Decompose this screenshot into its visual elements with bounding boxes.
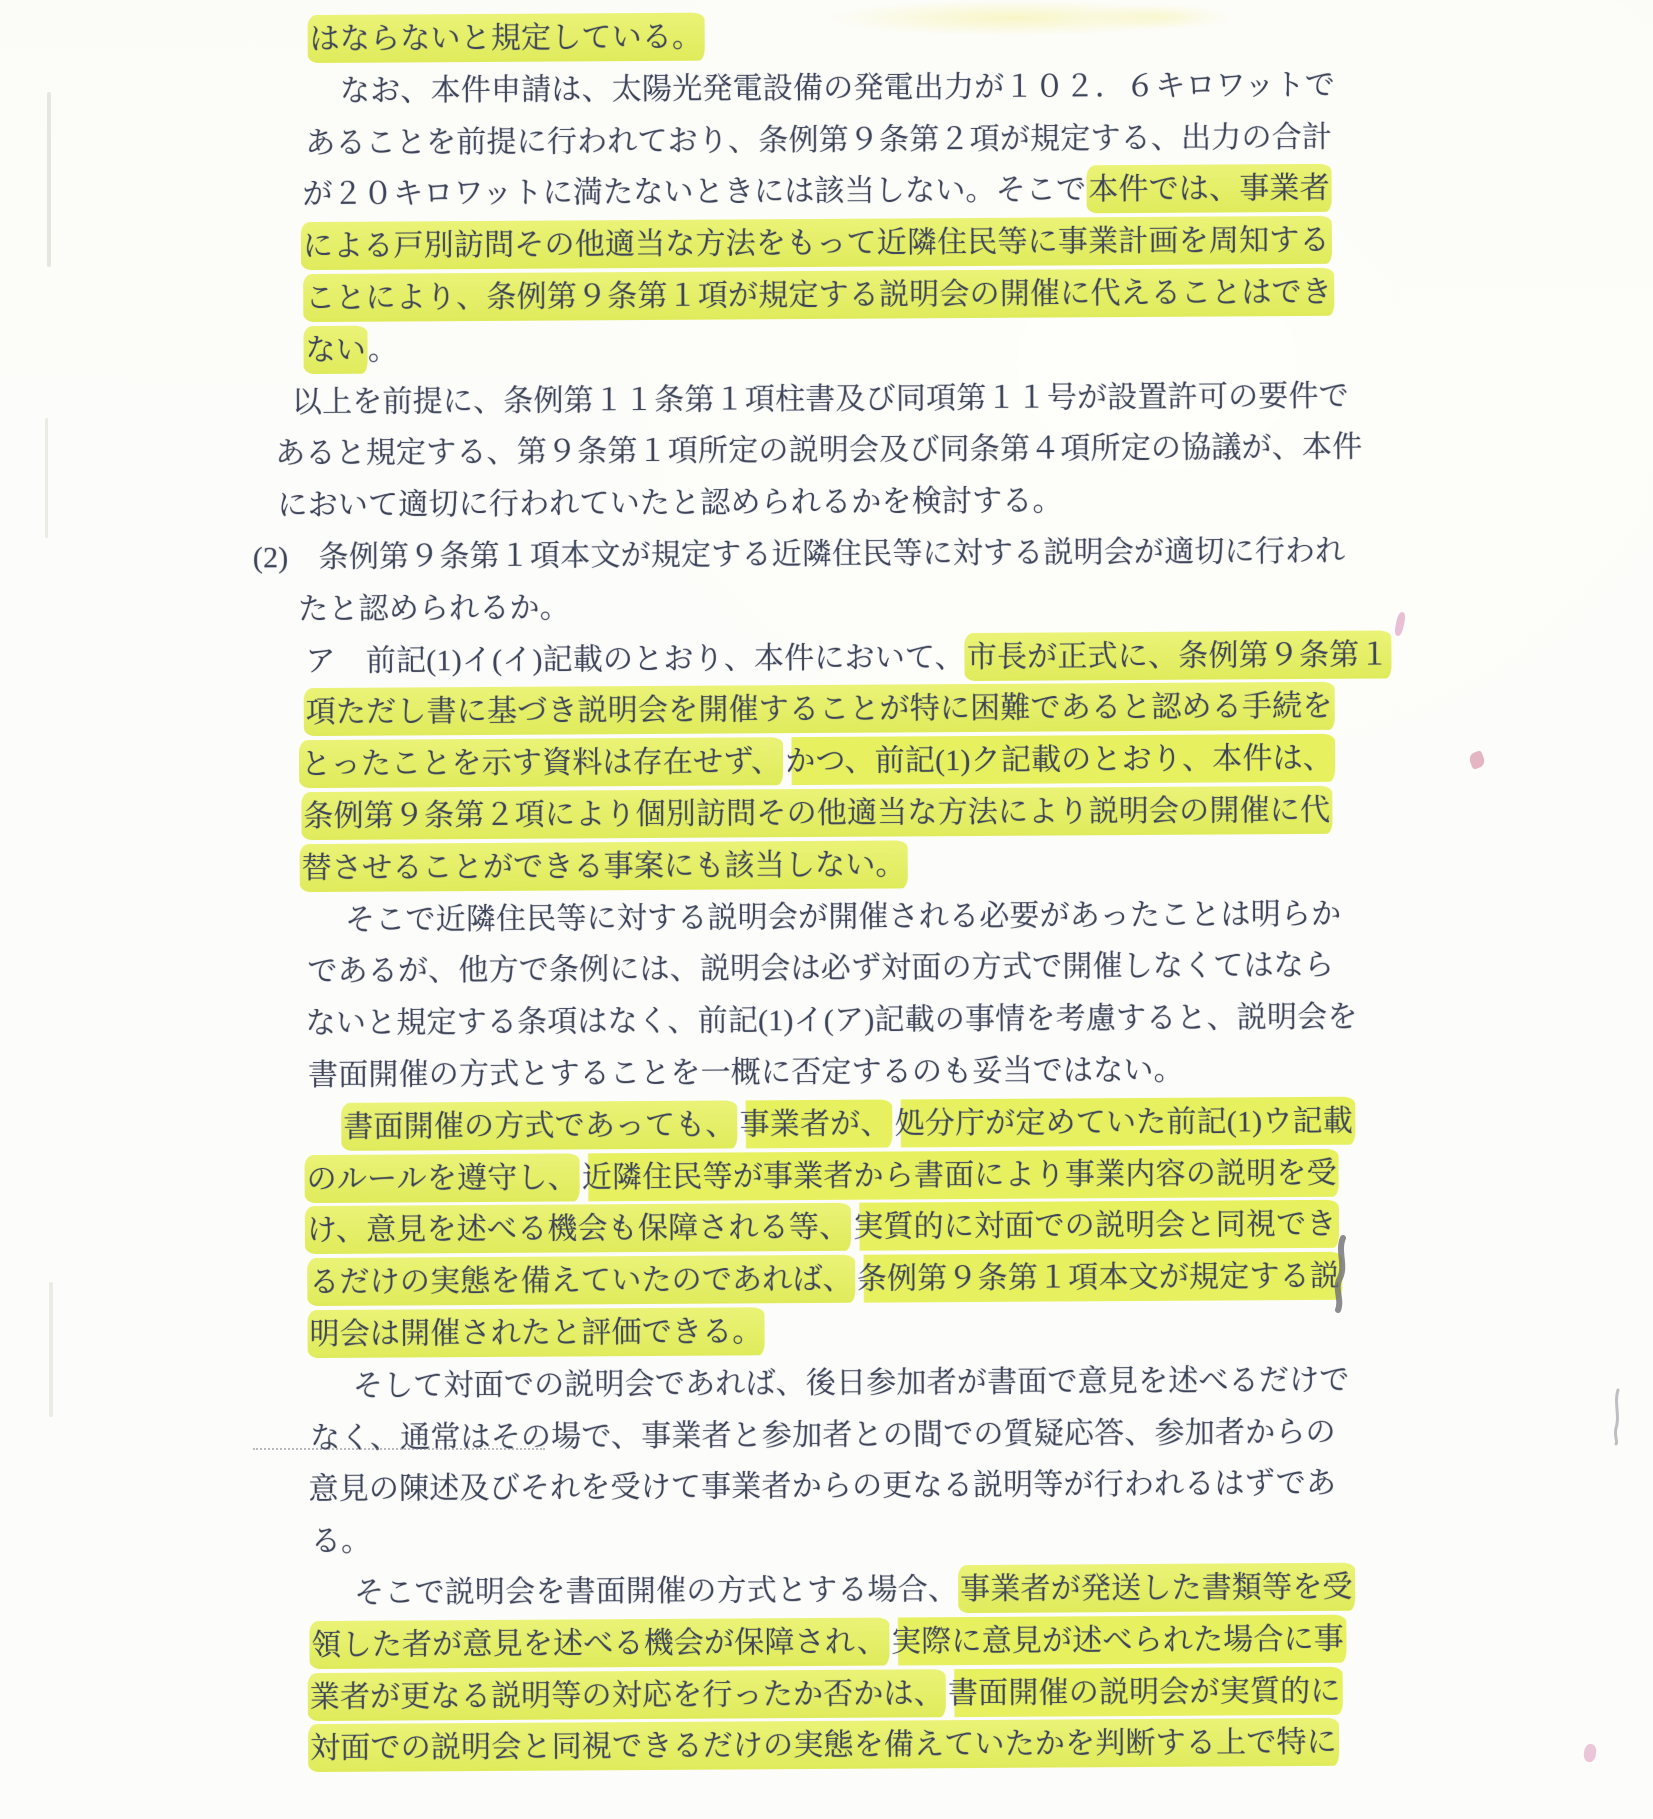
highlighted-text: 本件では、事業者 [1086, 164, 1332, 213]
highlighted-text: 領した者が意見を述べる機会が保障され、 [309, 1617, 889, 1669]
text-segment: ないと規定する条項はなく、前記(1)イ(ア)記載の事情を考慮すると、説明会を [306, 1001, 1358, 1040]
highlighted-text: かつ、前記(1)ク記載のとおり、本件は、 [783, 734, 1335, 785]
highlighted-text: 明会は開催されたと評価できる。 [307, 1307, 764, 1358]
highlighted-text: ない [303, 325, 368, 373]
text-line: 対面での説明会と同視できるだけの実態を備えていたかを判断する上で特に [5, 1715, 1653, 1777]
text-segment: が２０キロワットに満たないときには該当しない。そこで [303, 174, 1087, 212]
highlighted-text: 市長が正式に、条例第９条第１ [965, 630, 1392, 681]
text-segment: (2) 条例第９条第１項本文が規定する近隣住民等に対する説明会が適切に行われ [253, 535, 1346, 575]
text-segment: 以上を前提に、条例第１１条第１項柱書及び同項第１１号が設置許可の要件で [292, 379, 1349, 418]
highlighted-text: け、意見を述べる機会も保障される等、 [305, 1203, 852, 1254]
text-segment: ア 前記(1)イ(イ)記載のとおり、本件において、 [305, 641, 965, 678]
highlighted-text: 業者が更なる説明等の対応を行ったか否かは、 [308, 1669, 946, 1721]
text-segment: たと認められるか。 [298, 591, 570, 626]
text-segment: あると規定する、第９条第１項所定の説明会及び同条第４項所定の協議が、本件 [275, 431, 1362, 471]
highlighted-text: 処分庁が定めていた前記(1)ウ記載 [892, 1096, 1355, 1147]
highlighted-text: 実質的に対面での説明会と同視でき [851, 1200, 1338, 1251]
highlighted-text: 実際に意見が述べられた場合に事 [889, 1614, 1346, 1665]
text-segment: であるが、他方で条例には、説明会は必ず対面の方式で開催しなくてはなら [307, 949, 1334, 988]
highlighted-text: 条例第９条第１項本文が規定する説 [855, 1252, 1342, 1303]
text-segment: において適切に行われていたと認められるかを検討する。 [277, 485, 1062, 523]
highlighted-text: 事業者が発送した書類等を受 [958, 1563, 1355, 1613]
highlighted-text: 対面での説明会と同視できるだけの実態を備えていたかを判断する上で特に [308, 1718, 1339, 1772]
text-segment: そこで説明会を書面開催の方式とする場合、 [354, 1573, 958, 1610]
text-segment: なお、本件申請は、太陽光発電設備の発電出力が１０２．６キロワットで [340, 69, 1335, 108]
text-segment: そして対面での説明会であれば、後日参加者が書面で意見を述べるだけで [353, 1363, 1350, 1402]
highlighted-text: 書面開催の方式であっても、 [341, 1100, 738, 1150]
highlighted-text: るだけの実態を備えていたのであれば、 [307, 1255, 855, 1306]
highlighted-text: ことにより、条例第９条第１項が規定する説明会の開催に代えることはでき [303, 268, 1334, 322]
highlighted-text: とったことを示す資料は存在せず、 [299, 737, 783, 788]
text-segment: あることを前提に行われており、条例第９条第２項が規定する、出力の合計 [305, 120, 1332, 159]
text-segment: 書面開催の方式とすることを一概に否定するのも妥当ではない。 [308, 1054, 1184, 1092]
scanned-document-page: { "page": { "paper_color": "#fcfcfa", "i… [0, 0, 1653, 1819]
highlighted-text: 替させることができる事案にも該当しない。 [300, 840, 908, 892]
highlighted-text: 条例第９条第２項により個別訪問その他適当な方法により説明会の開催に代 [301, 786, 1332, 840]
highlighted-text: のルールを遵守し、 [304, 1153, 579, 1203]
highlighted-text: はならないと規定している。 [308, 13, 705, 63]
highlighted-text: 書面開催の説明会が実質的に [946, 1666, 1343, 1716]
highlighted-text: 近隣住民等が事業者から書面により事業内容の説明を受 [580, 1148, 1339, 1201]
text-segment: 。 [368, 333, 398, 366]
text-segment: そこで近隣住民等に対する説明会が開催される必要があったことは明らか [345, 897, 1341, 936]
text-segment: なく、通常はその場で、事業者と参加者との間での質疑応答、参加者からの [310, 1415, 1336, 1454]
highlighted-text: による戸別訪問その他適当な方法をもって近隣住民等に事業計画を周知する [301, 216, 1332, 270]
text-segment: る。 [311, 1525, 372, 1558]
text-segment: 意見の陳述及びそれを受けて事業者からの更なる説明等が行われるはずであ [308, 1467, 1336, 1506]
highlighted-text: 項ただし書に基づき説明会を開催することが特に困難であると認める手続を [304, 682, 1335, 736]
highlighted-text: 事業者が、 [737, 1099, 892, 1148]
document-page: はならないと規定している。なお、本件申請は、太陽光発電設備の発電出力が１０２．６… [0, 6, 1653, 1777]
